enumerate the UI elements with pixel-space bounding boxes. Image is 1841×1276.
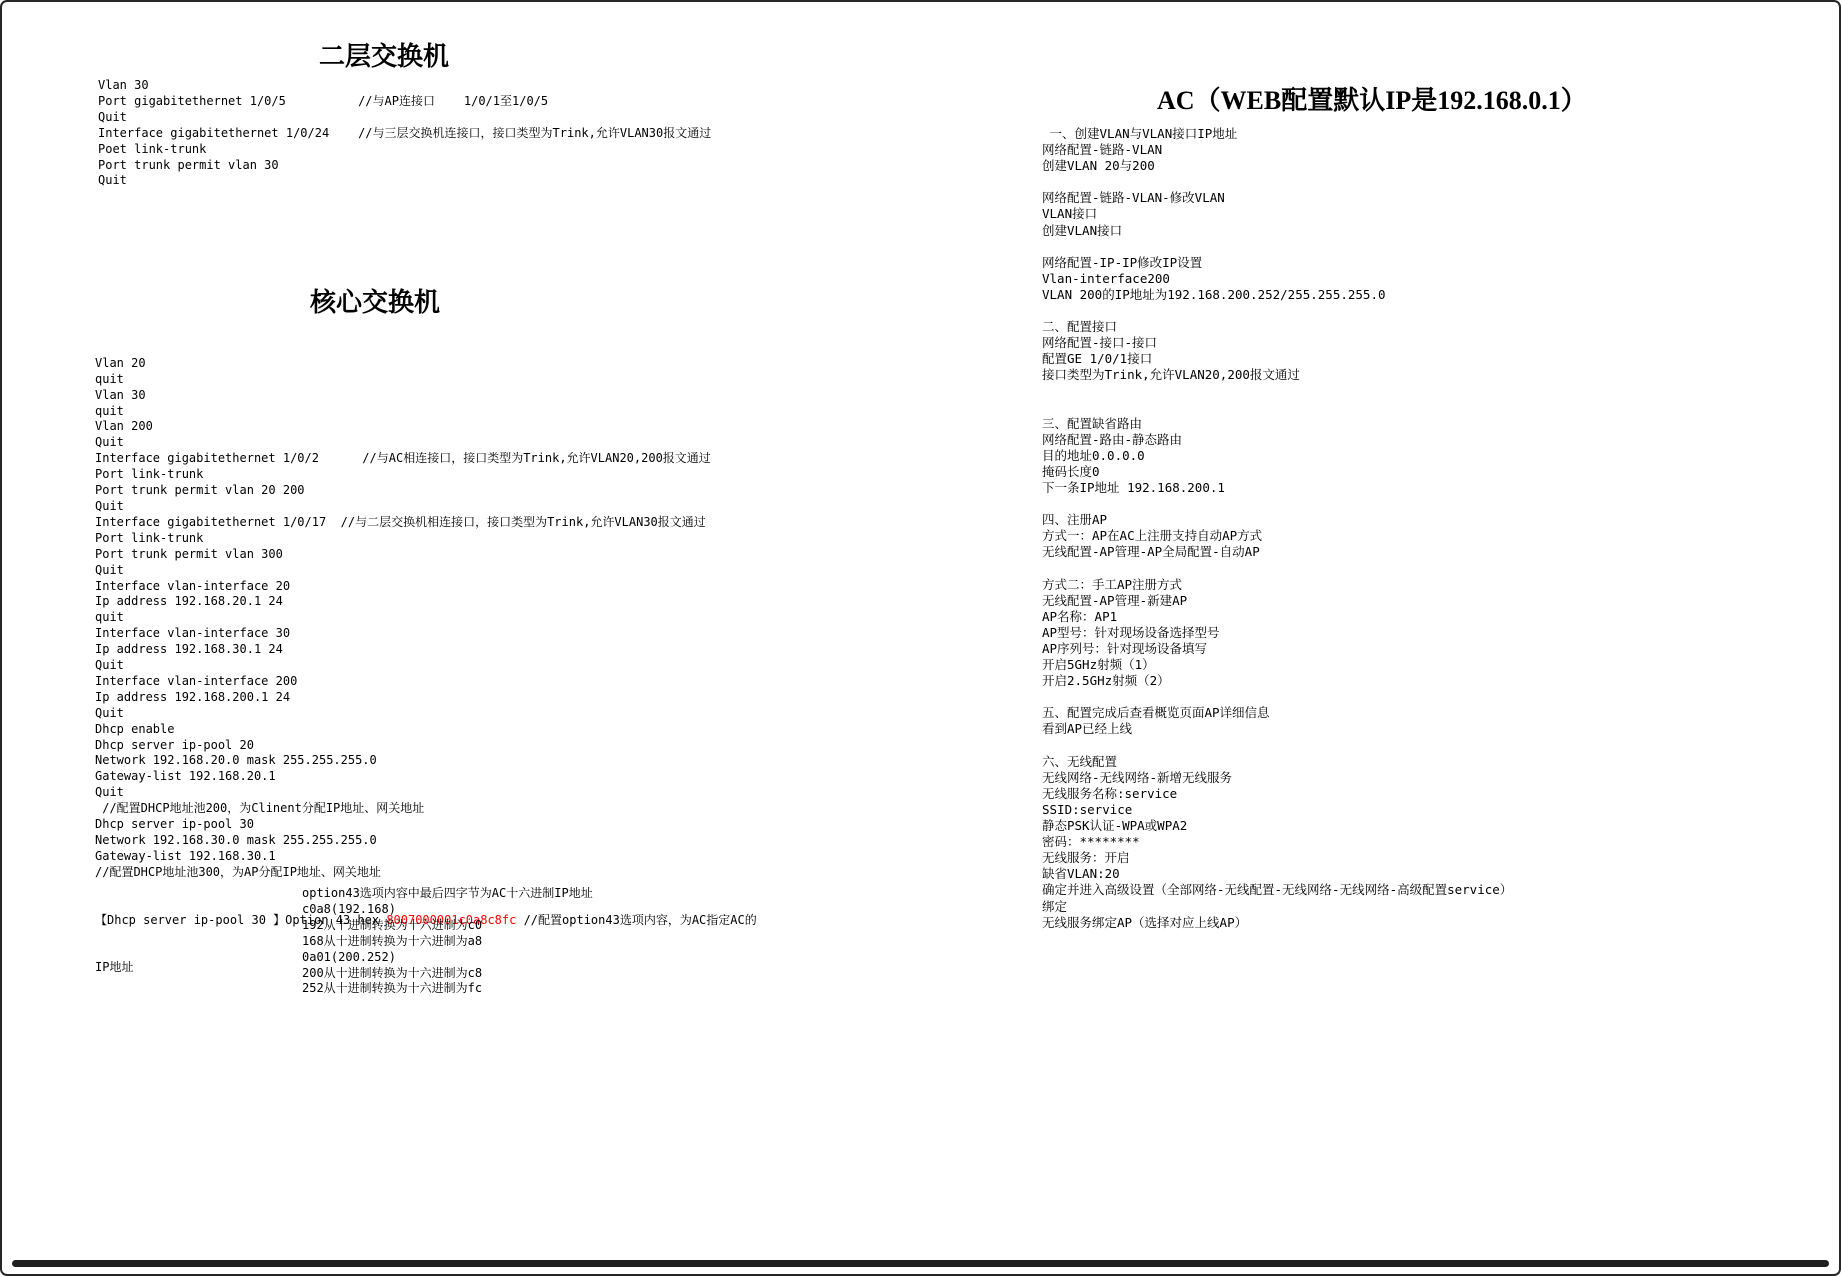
document-page: 二层交换机 Vlan 30 Port gigabitethernet 1/0/5… [0, 0, 1841, 1276]
layer2-switch-config-text: Vlan 30 Port gigabitethernet 1/0/5 //与AP… [98, 78, 711, 189]
layer2-switch-section-title: 二层交换机 [319, 42, 449, 72]
ac-section-title: AC（WEB配置默认IP是192.168.0.1） [1157, 86, 1587, 116]
horizontal-scrollbar[interactable] [12, 1260, 1829, 1267]
ac-web-config-steps-text: 一、创建VLAN与VLAN接口IP地址 网络配置-链路-VLAN 创建VLAN … [1042, 126, 1512, 931]
option43-hex-explanation-note: option43选项内容中最后四字节为AC十六进制IP地址 c0a8(192.1… [302, 886, 593, 997]
core-switch-config-text: Vlan 20 quit Vlan 30 quit Vlan 200 Quit … [95, 356, 757, 881]
core-switch-section-title: 核心交换机 [310, 288, 440, 318]
